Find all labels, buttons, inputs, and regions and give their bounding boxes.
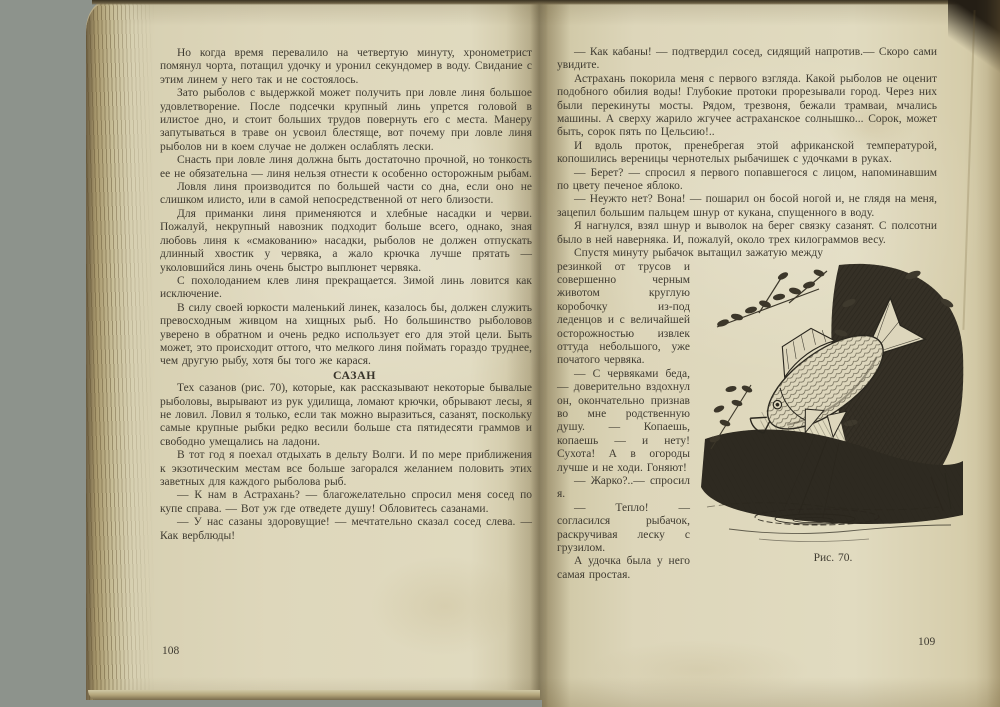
paragraph: Зато рыболов с выдержкой может получить … [160, 87, 532, 154]
paragraph: В силу своей юркости маленький линек, ка… [160, 302, 532, 369]
paragraph: Астрахань покорила меня с первого взгляд… [557, 73, 937, 140]
section-heading-sazan: САЗАН [160, 369, 532, 382]
page-edge-right [976, 0, 1000, 707]
page-number-right: 109 [918, 636, 935, 648]
right-page-text: — Как кабаны! — подтвердил сосед, сидящи… [557, 46, 937, 582]
figure-caption: Рис. 70. [699, 552, 967, 565]
paragraph: — Неужто нет? Вона! — пошарил он босой н… [557, 193, 937, 220]
scanner-background [0, 700, 542, 707]
fish-illustration [699, 263, 967, 545]
paragraph: — К нам в Астрахань? — благожелательно с… [160, 489, 532, 516]
paragraph: Тех сазанов (рис. 70), которые, как расс… [160, 382, 532, 449]
paragraph: Но когда время перевалило на четвертую м… [160, 47, 532, 87]
paragraph: Ловля линя производится по большей части… [160, 181, 532, 208]
paragraph: Снасть при ловле линя должна быть достат… [160, 154, 532, 181]
paper-stain [590, 640, 810, 700]
book-top-edge [92, 0, 1000, 5]
paper-stain [370, 556, 520, 656]
page-number-left: 108 [162, 645, 179, 657]
page-edge-stack-left [86, 2, 162, 701]
paragraph: Я нагнулся, взял шнур и выволок на берег… [557, 220, 937, 247]
paragraph: — Как кабаны! — подтвердил сосед, сидящи… [557, 46, 937, 73]
figure-70: Рис. 70. [699, 263, 967, 565]
paragraph: В тот год я поехал отдыхать в дельту Вол… [160, 449, 532, 489]
paragraph: С похолоданием клев линя прекращается. З… [160, 275, 532, 302]
paragraph: — У нас сазаны здоровущие! — мечтательно… [160, 516, 532, 543]
paragraph: Рис. 70. резинкой от трусов и совершенно… [557, 261, 937, 368]
paragraph: Спустя минуту рыбачок вытащил зажатую ме… [557, 247, 937, 260]
paragraph: — Берет? — спросил я первого попавшегося… [557, 167, 937, 194]
paragraph: Для приманки линя применяются и хлебные … [160, 208, 532, 275]
left-page-text: Но когда время перевалило на четвертую м… [160, 47, 532, 543]
paragraph: И вдоль проток, пренебрегая этой африкан… [557, 140, 937, 167]
paragraph-text: резинкой от трусов и совершенно черным ж… [557, 261, 690, 367]
book-scan: Но когда время перевалило на четвертую м… [0, 0, 1000, 707]
